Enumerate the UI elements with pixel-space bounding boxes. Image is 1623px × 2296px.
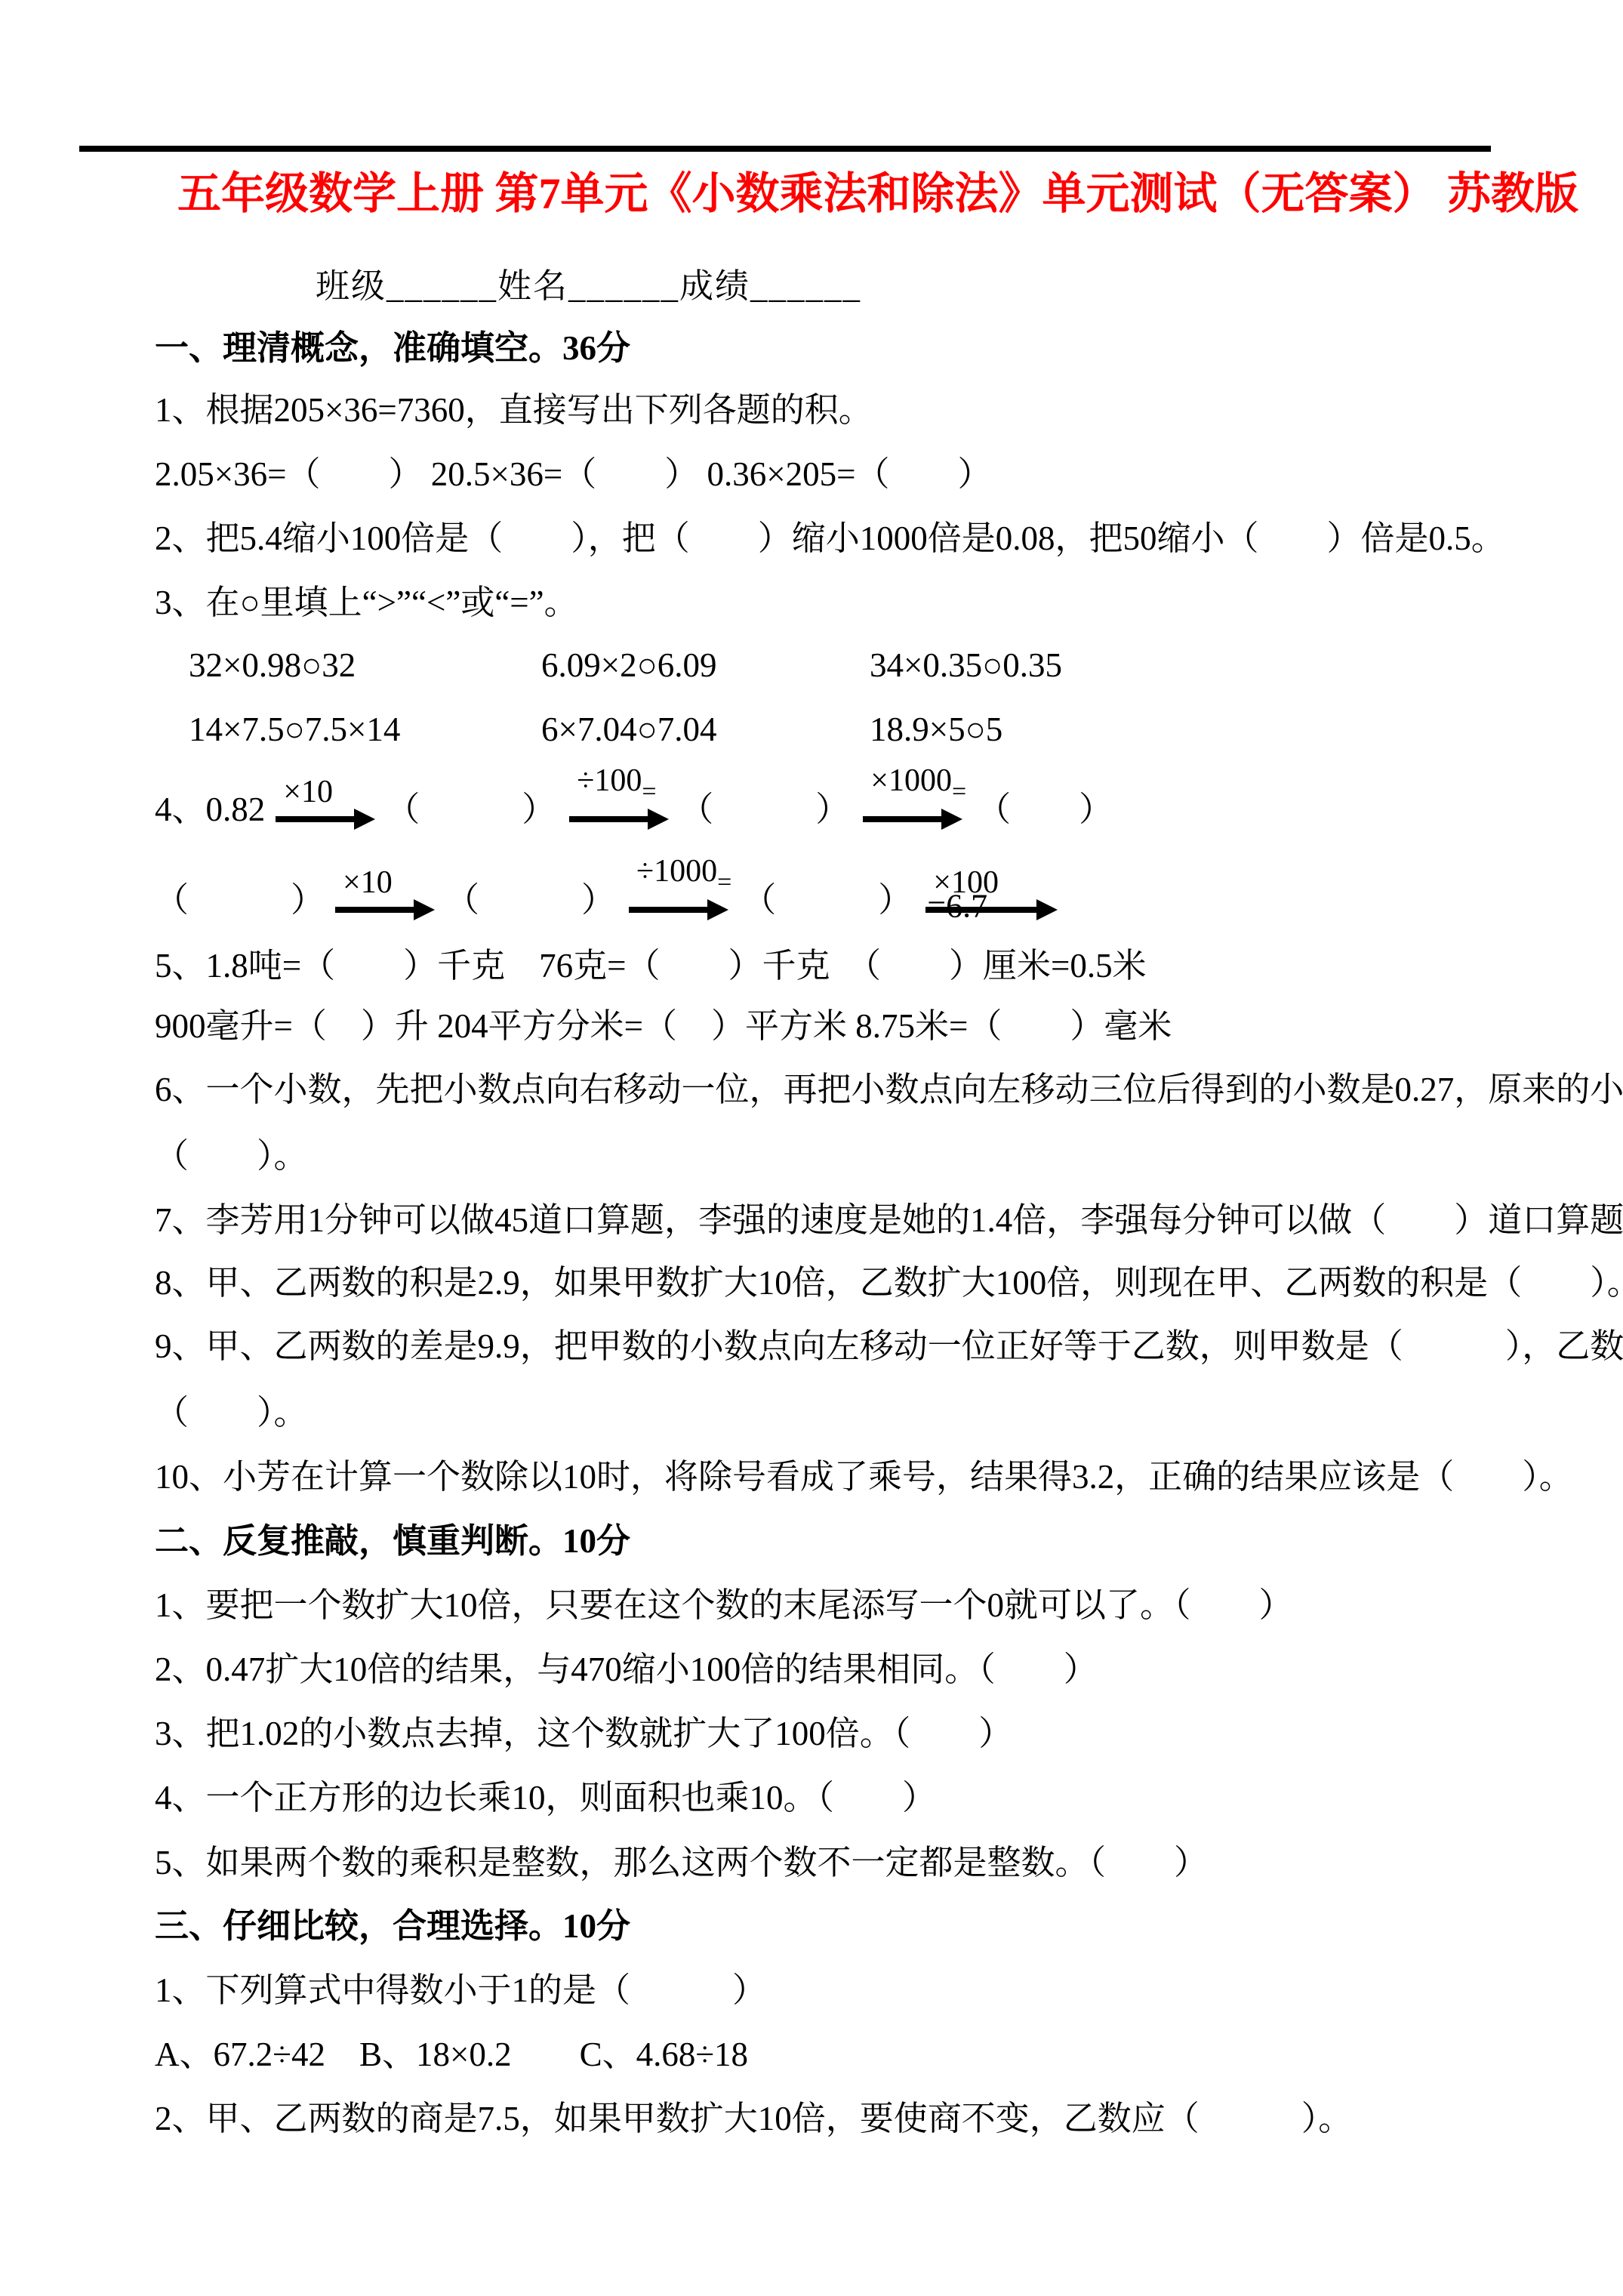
q1-text: 1、根据205×36=7360，直接写出下列各题的积。 — [155, 387, 873, 433]
q3-row1-item2: 6.09×2○6.09 — [541, 642, 717, 689]
q4-blank: （ ） — [679, 786, 849, 833]
q4-unit-x10: ×10 — [276, 775, 375, 830]
equals-sign: = — [952, 778, 966, 806]
q4-unit-x1000: ×1000= — [863, 764, 966, 830]
section1-heading: 一、理清概念，准确填空。36分 — [155, 325, 630, 371]
header-rule — [79, 146, 1491, 152]
q4-line2: （ ） ×10 （ ） ÷1000= （ ） ×100 =6.7 — [155, 855, 1065, 923]
q4-blank: （ ） — [977, 786, 1113, 833]
worksheet-page: 五年级数学上册 第7单元《小数乘法和除法》单元测试（无答案） 苏教版 班级___… — [0, 0, 1623, 2296]
arrow-label: ÷100= — [569, 764, 656, 809]
arrow-result-text: =6.7 — [927, 890, 987, 923]
arrow-label: ÷1000= — [629, 855, 731, 899]
q6-line1: 6、一个小数，先把小数点向右移动一位，再把小数点向左移动三位后得到的小数是0.2… — [155, 1066, 1623, 1113]
arrow-label-text: ×1000 — [870, 763, 952, 798]
judge-item-5: 5、如果两个数的乘积是整数，那么这两个数不一定都是整数。（ ） — [155, 1839, 1208, 1886]
q3-row1-item3: 34×0.35○0.35 — [870, 642, 1062, 689]
arrow-label-text: ÷1000 — [636, 854, 717, 889]
right-arrow-icon — [276, 809, 375, 830]
arrow-label: ×10 — [276, 775, 333, 809]
right-arrow-icon — [863, 809, 962, 830]
q10-text: 10、小芳在计算一个数除以10时，将除号看成了乘号，结果得3.2，正确的结果应该… — [155, 1453, 1573, 1500]
q4-unit-div100: ÷100= — [569, 764, 669, 830]
judge-item-4: 4、一个正方形的边长乘10，则面积也乘10。（ ） — [155, 1774, 936, 1821]
q4-line1: 4、0.82 ×10 （ ） ÷100= （ ） ×1000= （ ） — [155, 764, 1116, 833]
q7-text: 7、李芳用1分钟可以做45道口算题，李强的速度是她的1.4倍，李强每分钟可以做（… — [155, 1197, 1623, 1244]
right-arrow-icon — [569, 809, 669, 830]
choice-q1-text: 1、下列算式中得数小于1的是（ ） — [155, 1967, 766, 2014]
q4-unit-x100-result: ×100 =6.7 — [925, 866, 1058, 920]
judge-item-1: 1、要把一个数扩大10倍，只要在这个数的末尾添写一个0就可以了。（ ） — [155, 1582, 1293, 1629]
equals-sign: = — [717, 868, 731, 896]
right-arrow-icon — [629, 899, 728, 920]
q3-row2-item1: 14×7.5○7.5×14 — [189, 706, 400, 753]
arrow-label: ×1000= — [863, 764, 966, 809]
q4-blank: （ ） — [386, 786, 556, 833]
right-arrow-icon — [335, 899, 435, 920]
q4-line1-prefix: 4、0.82 — [155, 786, 265, 833]
judge-item-3: 3、把1.02的小数点去掉，这个数就扩大了100倍。（ ） — [155, 1710, 1012, 1757]
equals-sign: = — [642, 778, 656, 806]
right-arrow-icon: =6.7 — [925, 899, 1058, 920]
equals-sign: = — [927, 888, 946, 925]
q4-blank: （ ） — [445, 877, 615, 923]
choice-q2-text: 2、甲、乙两数的商是7.5，如果甲数扩大10倍，要使商不变，乙数应（ ）。 — [155, 2095, 1352, 2142]
q9-line2: （ ）。 — [155, 1389, 308, 1436]
q4-blank: （ ） — [742, 877, 912, 923]
name-score-line: 班级______姓名______成绩______ — [316, 263, 861, 310]
judge-item-2: 2、0.47扩大10倍的结果，与470缩小100倍的结果相同。（ ） — [155, 1646, 1098, 1693]
q6-line2: （ ）。 — [155, 1133, 308, 1179]
q3-row2-item2: 6×7.04○7.04 — [541, 706, 717, 753]
page-title: 五年级数学上册 第7单元《小数乘法和除法》单元测试（无答案） 苏教版 — [177, 168, 1506, 220]
q3-row1-item1: 32×0.98○32 — [189, 642, 356, 689]
q5-line2: 900毫升=（ ）升 204平方分米=（ ）平方米 8.75米=（ ）毫米 — [155, 1003, 1172, 1049]
q1-blanks: 2.05×36=（ ） 20.5×36=（ ） 0.36×205=（ ） — [155, 451, 992, 498]
q4-line2-prefix: （ ） — [155, 877, 325, 923]
section3-heading: 三、仔细比较，合理选择。10分 — [155, 1903, 630, 1949]
q3-text: 3、在○里填上“>”“<”或“=”。 — [155, 579, 578, 626]
arrow-label: ×10 — [335, 866, 393, 899]
q4-unit-div1000: ÷1000= — [629, 855, 731, 920]
section2-heading: 二、反复推敲，慎重判断。10分 — [155, 1518, 630, 1564]
q8-text: 8、甲、乙两数的积是2.9，如果甲数扩大10倍，乙数扩大100倍，则现在甲、乙两… — [155, 1259, 1623, 1306]
q9-line1: 9、甲、乙两数的差是9.9，把甲数的小数点向左移动一位正好等于乙数，则甲数是（ … — [155, 1323, 1623, 1370]
q5-line1: 5、1.8吨=（ ）千克 76克=（ ）千克 （ ）厘米=0.5米 — [155, 942, 1147, 989]
q2-text: 2、把5.4缩小100倍是（ ），把（ ）缩小1000倍是0.08，把50缩小（… — [155, 515, 1505, 562]
q3-row2-item3: 18.9×5○5 — [870, 706, 1002, 753]
choice-q1-options: A、67.2÷42 B、18×0.2 C、4.68÷18 — [155, 2031, 748, 2078]
q4-unit-x10: ×10 — [335, 866, 435, 920]
arrow-label-text: ÷100 — [577, 763, 642, 798]
result-value: 6.7 — [946, 888, 987, 925]
